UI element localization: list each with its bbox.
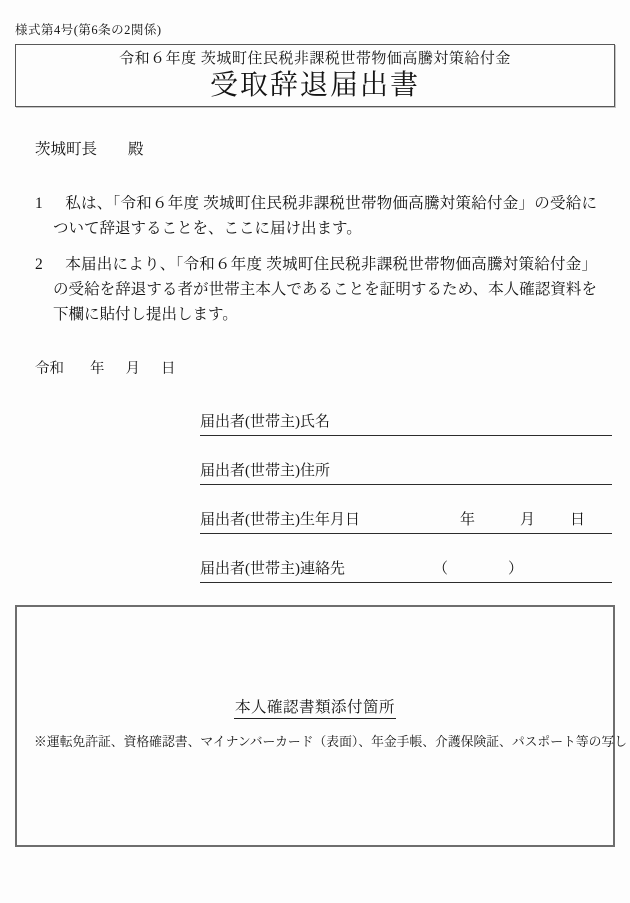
paragraph-1-number: 1: [35, 191, 65, 216]
document-title: 受取辞退届出書: [16, 69, 614, 103]
era-label: 令和: [35, 361, 64, 377]
birthdate-year-label: 年: [460, 507, 475, 533]
birthdate-day-label: 日: [570, 507, 585, 533]
title-box: 令和６年度 茨城町住民税非課税世帯物価高騰対策給付金 受取辞退届出書: [15, 44, 615, 107]
field-label-address: 届出者(世帯主)住所: [200, 463, 330, 479]
form-number: 様式第4号(第6条の2関係): [15, 23, 630, 38]
attachment-heading-text: 本人確認書類添付箇所: [234, 699, 396, 719]
field-row-contact: 届出者(世帯主)連絡先 （ ）: [200, 556, 612, 583]
month-label: 月: [126, 361, 141, 377]
paragraph-2: 2本届出により、「令和６年度 茨城町住民税非課税世帯物価高騰対策給付金」の受給を…: [35, 252, 597, 327]
day-label: 日: [161, 361, 176, 377]
attachment-note: ※運転免許証、資格確認書、マイナンバーカード（表面）、年金手帳、介護保険証、パス…: [34, 733, 627, 751]
document-page: 様式第4号(第6条の2関係) 令和６年度 茨城町住民税非課税世帯物価高騰対策給付…: [0, 0, 630, 903]
paragraph-2-number: 2: [35, 252, 65, 277]
birthdate-month-label: 月: [520, 507, 535, 533]
applicant-fields: 届出者(世帯主)氏名 届出者(世帯主)住所 届出者(世帯主)生年月日 年 月 日…: [200, 409, 630, 583]
field-row-address: 届出者(世帯主)住所: [200, 458, 612, 485]
date-line: 令和年月日: [35, 359, 630, 379]
addressee-line: 茨城町長 殿: [35, 139, 630, 161]
field-label-contact: 届出者(世帯主)連絡先: [200, 561, 345, 577]
field-label-birthdate: 届出者(世帯主)生年月日: [200, 512, 360, 528]
contact-phone-parens: （ ）: [433, 556, 523, 582]
paragraph-2-text: 本届出により、「令和６年度 茨城町住民税非課税世帯物価高騰対策給付金」の受給を辞…: [53, 256, 597, 323]
grant-program-subtitle: 令和６年度 茨城町住民税非課税世帯物価高騰対策給付金: [16, 49, 614, 69]
year-label: 年: [90, 361, 105, 377]
field-row-birthdate: 届出者(世帯主)生年月日 年 月 日: [200, 507, 612, 534]
paragraph-1: 1私は、「令和６年度 茨城町住民税非課税世帯物価高騰対策給付金」の受給について辞…: [35, 191, 597, 241]
field-row-name: 届出者(世帯主)氏名: [200, 409, 612, 436]
identity-attachment-box: 本人確認書類添付箇所 ※運転免許証、資格確認書、マイナンバーカード（表面）、年金…: [15, 605, 615, 847]
paragraph-1-text: 私は、「令和６年度 茨城町住民税非課税世帯物価高騰対策給付金」の受給について辞退…: [53, 195, 597, 237]
field-label-name: 届出者(世帯主)氏名: [200, 414, 330, 430]
attachment-heading: 本人確認書類添付箇所: [17, 697, 613, 719]
